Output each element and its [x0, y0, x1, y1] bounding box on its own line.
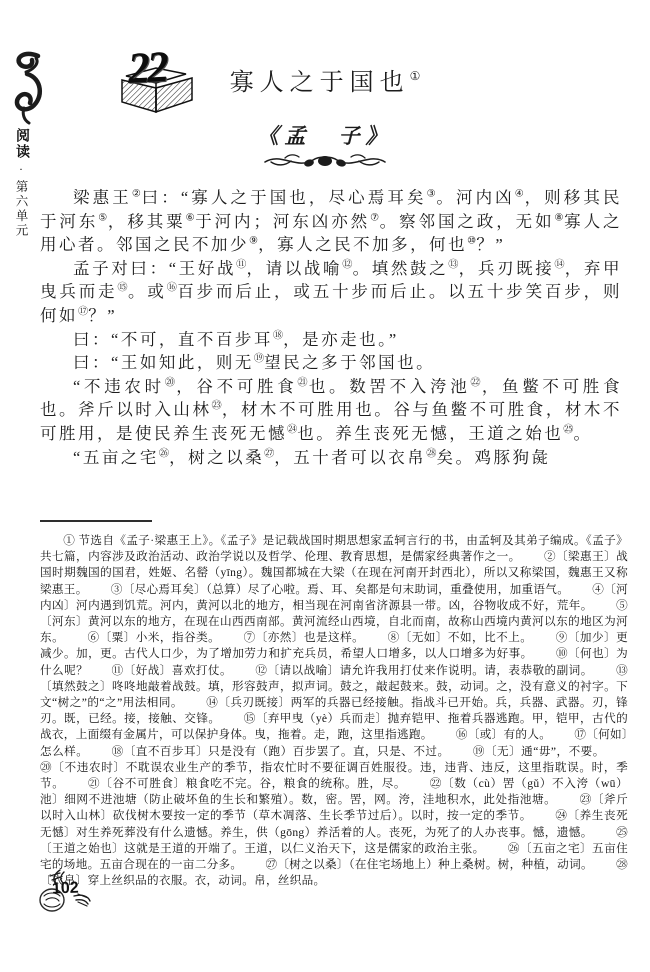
main-paragraph: 曰：“不可，直不百步耳⑱，是亦走也。”	[40, 328, 622, 352]
title-row: 寡人之于国也①	[0, 62, 650, 97]
footnote-ref: ⑳	[165, 377, 176, 388]
footnote-ref: ⑰	[78, 306, 88, 317]
footnote-entry: ① 节选自《孟子·梁惠王上》。《孟子》是记载战国时期思想家孟轲言行的书，由孟轲及…	[40, 534, 628, 563]
footnote-ref: ㉕	[563, 424, 573, 435]
footnote-ref: ⑤	[98, 212, 108, 223]
footnote-ref: ⑭	[554, 259, 564, 270]
textbook-page: 阅读·第六单元 22 寡人之于国也① 《孟 子》	[0, 0, 650, 972]
title-footnote-ref: ①	[410, 69, 421, 83]
footnote-ref: ⑫	[342, 259, 352, 270]
leaf-scroll-ornament	[261, 149, 389, 178]
footnote-entry: ⑧〔无如〕不如，比不上。	[387, 631, 532, 644]
main-paragraph: “五亩之宅㉖，树之以桑㉗，五十者可以衣帛㉘矣。鸡豚狗彘	[40, 446, 622, 470]
footnote-ref: ③	[427, 189, 437, 200]
footnote-ref: ㉖	[159, 448, 169, 459]
main-paragraph: 梁惠王②曰：“寡人之于国也，尽心焉耳矣③。河内凶④，则移其民于河东⑤，移其粟⑥于…	[40, 186, 622, 257]
author-row: 《孟 子》	[0, 120, 650, 150]
footnote-entry: ⑪〔好战〕喜欢打仗。	[111, 664, 232, 677]
footnote-ref: ⑮	[117, 283, 128, 294]
footnote-ref: ㉔	[287, 424, 297, 435]
footnote-ref: ⑨	[249, 236, 258, 247]
footnote-entry: ③〔尽心焉耳矣〕（总算）尽了心啦。焉、耳、矣都是句末助词，重叠使用，加重语气。	[111, 583, 569, 596]
page-number-area: 102	[30, 868, 100, 924]
footnote-ref: ⑥	[186, 212, 196, 223]
footnote-entry: ㉑〔谷不可胜食〕粮食吃不完。谷，粮食的统称。胜，尽。	[88, 777, 407, 790]
sidebar-separator: ·	[14, 160, 28, 180]
footnote-ref: ④	[515, 189, 525, 200]
footnote-ref: ②	[132, 189, 142, 200]
author-name: 《孟 子》	[258, 124, 393, 148]
footnotes-block: ① 节选自《孟子·梁惠王上》。《孟子》是记载战国时期思想家孟轲言行的书，由孟轲及…	[40, 533, 628, 889]
footnote-ref: ㉓	[212, 401, 222, 412]
footnote-entry: ⑦〔亦然〕也是这样。	[243, 631, 364, 644]
footnote-entry: ㉗〔树之以桑〕（在住宅场地上）种上桑树。树，种植，动词。	[265, 858, 592, 871]
footnote-ref: ⑩	[467, 236, 476, 247]
footnote-ref: ㉗	[264, 448, 274, 459]
footnote-entry: ⑥〔粟〕小米，指谷类。	[87, 631, 220, 644]
footnote-entry: ⑫〔请以战喻〕请允许我用打仗来作说明。请，表恭敬的副词。	[255, 664, 593, 677]
footnote-ref: ⑯	[167, 283, 178, 294]
main-text: 梁惠王②曰：“寡人之于国也，尽心焉耳矣③。河内凶④，则移其民于河东⑤，移其粟⑥于…	[40, 186, 622, 469]
footnote-ref: ⑧	[555, 212, 565, 223]
main-paragraph: 曰：“王如知此，则无⑲望民之多于邻国也。	[40, 351, 622, 375]
footnote-ref: ⑱	[273, 330, 283, 341]
sidebar-unit: 第六单元	[14, 180, 28, 238]
page-title: 寡人之于国也	[230, 70, 410, 96]
footnote-entry: ⑯〔或〕有的人。	[456, 728, 551, 741]
footnote-ref: ⑲	[254, 354, 264, 365]
footnote-ref: ⑬	[448, 259, 458, 270]
footnote-ref: ㉑	[297, 377, 308, 388]
footnote-ref: ⑪	[236, 259, 246, 270]
footnote-ref: ㉘	[426, 448, 436, 459]
footnote-ref: ㉒	[470, 377, 481, 388]
main-paragraph: “不违农时⑳，谷不可胜食㉑也。数罟不入洿池㉒，鱼鳖不可胜食也。斧斤以时入山林㉓，…	[40, 375, 622, 446]
footnote-ref: ⑦	[370, 212, 380, 223]
main-paragraph: 孟子对曰：“王好战⑪，请以战喻⑫。填然鼓之⑬，兵刃既接⑭，弃甲曳兵而走⑮。或⑯百…	[40, 257, 622, 328]
footnote-entry: ⑲〔无〕通“毋”，不要。	[473, 745, 605, 758]
footnote-entry: ⑱〔直不百步耳〕只是没有（跑）百步罢了。直，只是、不过。	[111, 745, 449, 758]
footnote-divider	[40, 520, 152, 522]
page-number: 102	[52, 880, 79, 899]
